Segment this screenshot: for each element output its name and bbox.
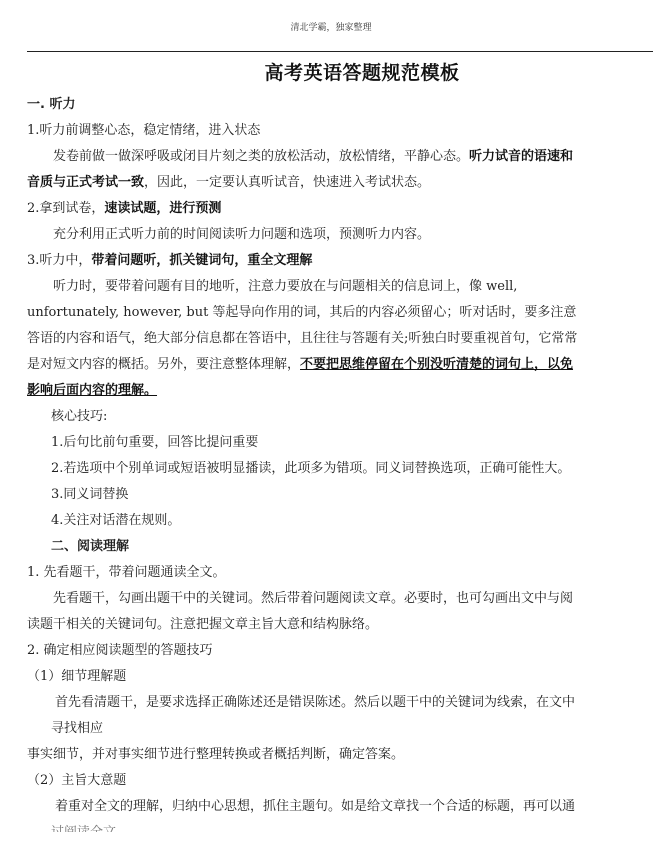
reading-sub-2-label: （2）主旨大意题 <box>27 768 649 794</box>
listening-item-1-paragraph-line1: 发卷前做一做深呼吸或闭目片刻之类的放松活动，放松情绪，平静心态。听力试音的语速和 <box>27 144 649 170</box>
reading-sub-1-paragraph-line1: 首先看清题干，是要求选择正确陈述还是错误陈述。然后以题干中的关键词为线索，在文中 <box>27 690 649 716</box>
reading-item-1-label: 1. 先看题干，带着问题通读全文。 <box>27 560 649 586</box>
document-body: 一. 听力 1.听力前调整心态，稳定情绪，进入状态 发卷前做一做深呼吸或闭目片刻… <box>27 92 649 832</box>
reading-item-2-label: 2. 确定相应阅读题型的答题技巧 <box>27 638 649 664</box>
listening-item-3-paragraph-line5: 影响后面内容的理解。 <box>27 378 649 404</box>
listening-item-3-label: 3.听力中，带着问题听，抓关键词句，重全文理解 <box>27 248 649 274</box>
core-tip-item: 3.同义词替换 <box>27 482 649 508</box>
reading-sub-1-paragraph-line2: 寻找相应 <box>27 716 649 742</box>
reading-sub-2-paragraph-line2-partial: 过阅读全文 <box>27 820 649 832</box>
emphasis-text: 带着问题听，抓关键词句，重全文理解 <box>91 253 312 268</box>
section-heading-reading: 二、阅读理解 <box>27 534 649 560</box>
document-title: 高考英语答题规范模板 <box>0 58 662 85</box>
listening-item-3-paragraph-line3: 答语的内容和语气，绝大部分信息都在答语中，且往往与答题有关;听独白时要重视首句，… <box>27 326 649 352</box>
listening-item-2-paragraph: 充分利用正式听力前的时间阅读听力问题和选项，预测听力内容。 <box>27 222 649 248</box>
reading-sub-1-label: （1）细节理解题 <box>27 664 649 690</box>
listening-item-2-label: 2.拿到试卷，速读试题，进行预测 <box>27 196 649 222</box>
listening-item-3-paragraph-line1: 听力时，要带着问题有目的地听，注意力要放在与问题相关的信息词上，像 well, <box>27 274 649 300</box>
emphasis-text: 听力试音的语速和 <box>469 149 573 164</box>
listening-item-3-paragraph-line4: 是对短文内容的概括。另外，要注意整体理解，不要把思维停留在个别没听清楚的词句上，… <box>27 352 649 378</box>
text-run: 是对短文内容的概括。另外，要注意整体理解， <box>27 357 300 372</box>
core-tips-heading: 核心技巧: <box>27 404 649 430</box>
underlined-emphasis-text: 影响后面内容的理解。 <box>27 383 157 398</box>
underlined-emphasis-text: 不要把思维停留在个别没听清楚的词句上，以免 <box>300 357 573 372</box>
running-header: 清北学霸，独家整理 <box>0 20 662 33</box>
reading-sub-2-paragraph-line1: 着重对全文的理解，归纳中心思想，抓住主题句。如是给文章找一个合适的标题，再可以通 <box>27 794 649 820</box>
listening-item-3-paragraph-line2: unfortunately, however, but 等起导向作用的词，其后的… <box>27 300 649 326</box>
listening-item-1-label: 1.听力前调整心态，稳定情绪，进入状态 <box>27 118 649 144</box>
listening-item-1-paragraph-line2: 音质与正式考试一致，因此，一定要认真听试音，快速进入考试状态。 <box>27 170 649 196</box>
core-tip-item: 4.关注对话潜在规则。 <box>27 508 649 534</box>
emphasis-text: 音质与正式考试一致 <box>27 175 144 190</box>
section-heading-listening: 一. 听力 <box>27 92 649 118</box>
reading-sub-1-paragraph-line3: 事实细节，并对事实细节进行整理转换或者概括判断，确定答案。 <box>27 742 649 768</box>
text-run: ，因此，一定要认真听试音，快速进入考试状态。 <box>144 175 430 190</box>
emphasis-text: 速读试题，进行预测 <box>104 201 221 216</box>
text-run: 2.拿到试卷， <box>27 201 104 216</box>
text-run: 3.听力中， <box>27 253 91 268</box>
header-divider <box>27 51 653 52</box>
reading-item-1-paragraph-line2: 读题干相关的关键词句。注意把握文章主旨大意和结构脉络。 <box>27 612 649 638</box>
core-tip-item: 1.后句比前句重要，回答比提问重要 <box>27 430 649 456</box>
core-tip-item: 2.若选项中个别单词或短语被明显播读，此项多为错项。同义词替换选项，正确可能性大… <box>27 456 649 482</box>
text-run: 发卷前做一做深呼吸或闭目片刻之类的放松活动，放松情绪，平静心态。 <box>53 149 469 164</box>
reading-item-1-paragraph-line1: 先看题干，勾画出题干中的关键词。然后带着问题阅读文章。必要时，也可勾画出文中与阅 <box>27 586 649 612</box>
